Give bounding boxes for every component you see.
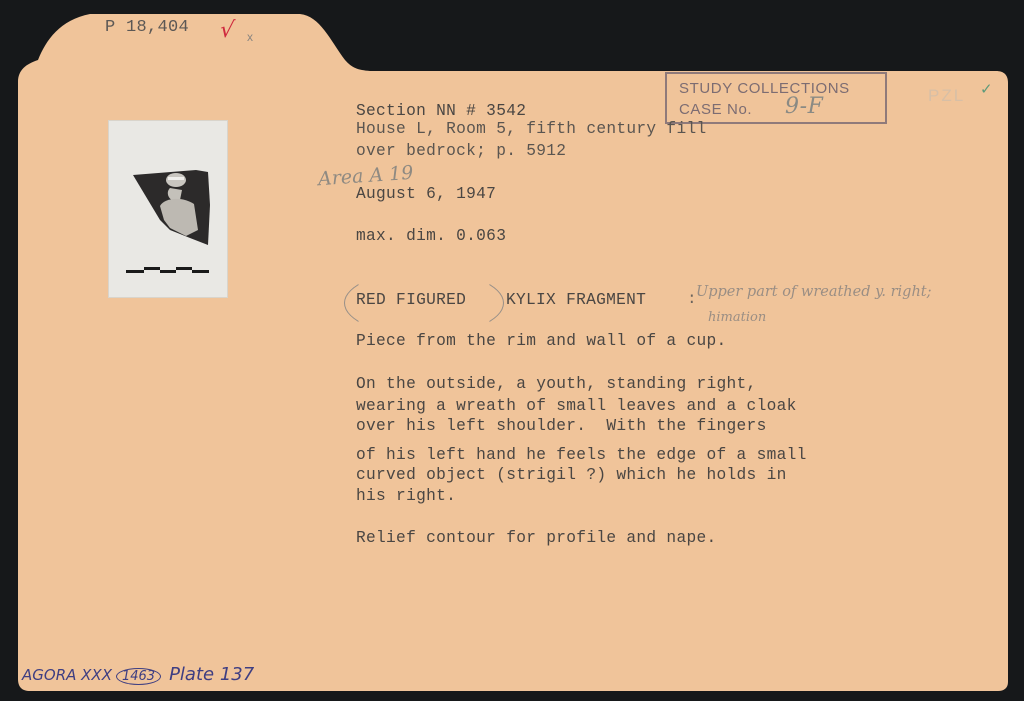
description-line: wearing a wreath of small leaves and a c… <box>356 398 797 415</box>
description-line: of his left hand he feels the edge of a … <box>356 447 807 464</box>
object-title: KYLIX FRAGMENT <box>506 292 646 309</box>
kylix-fragment-image-icon <box>108 120 228 298</box>
catalog-number: P 18,404 <box>105 19 189 36</box>
publication-prefix: AGORA XXX <box>22 666 112 684</box>
pencil-note-line-2: himation <box>708 310 766 325</box>
description-line: his right. <box>356 488 456 505</box>
section-line: Section NN # 3542 <box>356 103 526 120</box>
publication-reference: AGORA XXX1463Plate 137 <box>22 664 254 685</box>
faint-number: PZL <box>928 86 965 106</box>
stamp-title: STUDY COLLECTIONS <box>679 80 850 97</box>
max-dimension: max. dim. 0.063 <box>356 228 506 245</box>
fragment-photo <box>108 120 228 298</box>
description-line: curved object (strigil ?) which he holds… <box>356 467 787 484</box>
description-line: over his left shoulder. With the fingers <box>356 418 767 435</box>
relief-contour-note: Relief contour for profile and nape. <box>356 530 717 547</box>
study-collections-stamp: STUDY COLLECTIONS CASE No. 9-F <box>665 72 887 124</box>
stamp-case-label: CASE No. <box>679 101 752 118</box>
description-piece: Piece from the rim and wall of a cup. <box>356 333 727 350</box>
excavation-date: August 6, 1947 <box>356 186 496 203</box>
pencil-note-line-1: Upper part of wreathed y. right; <box>696 284 932 300</box>
description-line: On the outside, a youth, standing right, <box>356 376 757 393</box>
green-check-mark-icon: ✓ <box>980 80 993 98</box>
plate-number: Plate 137 <box>169 664 254 685</box>
x-mark: x <box>247 30 253 44</box>
catalog-entry-number: 1463 <box>116 668 161 685</box>
object-title-circled: RED FIGURED <box>356 292 466 309</box>
stamp-case-value: 9-F <box>785 94 824 119</box>
context-line-2: over bedrock; p. 5912 <box>356 143 566 160</box>
context-line-1: House L, Room 5, fifth century fill <box>356 121 707 138</box>
